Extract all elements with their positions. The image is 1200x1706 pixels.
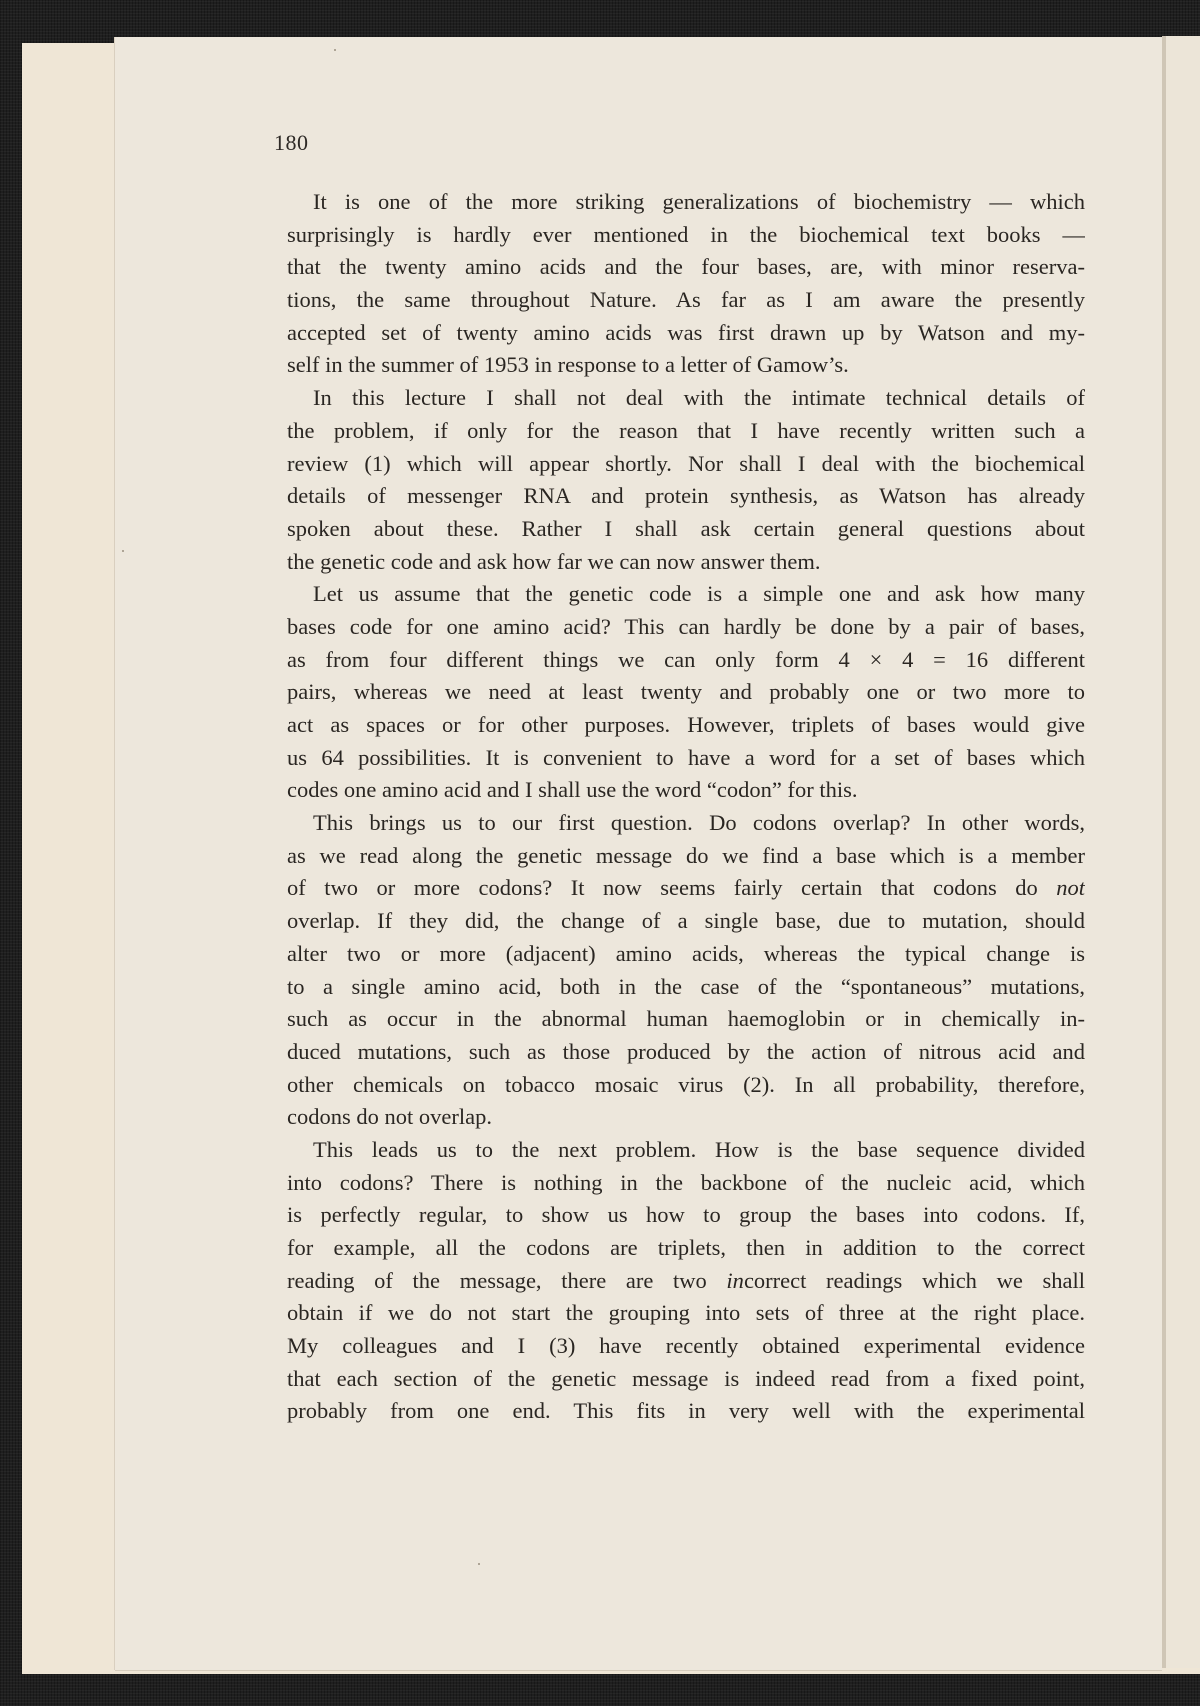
text-segment: of two or more codons? It now seems fair…	[287, 875, 1038, 900]
text-line: pairs, whereas we need at least twenty a…	[287, 676, 1085, 709]
text-line: spoken about these. Rather I shall ask c…	[287, 513, 1085, 546]
text-line: obtain if we do not start the grouping i…	[287, 1297, 1085, 1330]
text-line: details of messenger RNA and protein syn…	[287, 480, 1085, 513]
text-line: to a single amino acid, both in the case…	[287, 971, 1085, 1004]
paper-speck	[478, 1563, 480, 1565]
text-line: Let us assume that the genetic code is a…	[287, 578, 1085, 611]
paper-speck	[122, 550, 124, 552]
text-line: is perfectly regular, to show us how to …	[287, 1199, 1085, 1232]
text-line: the genetic code and ask how far we can …	[287, 546, 1085, 579]
text-line: My colleagues and I (3) have recently ob…	[287, 1330, 1085, 1363]
text-line: as from four different things we can onl…	[287, 644, 1085, 677]
text-line: the problem, if only for the reason that…	[287, 415, 1085, 448]
page-number: 180	[274, 130, 309, 156]
text-line: that the twenty amino acids and the four…	[287, 251, 1085, 284]
text-line: tions, the same throughout Nature. As fa…	[287, 284, 1085, 317]
text-line: codes one amino acid and I shall use the…	[287, 774, 1085, 807]
text-line: other chemicals on tobacco mosaic virus …	[287, 1069, 1085, 1102]
text-segment: reading of the message, there are two	[287, 1268, 726, 1293]
text-line: surprisingly is hardly ever mentioned in…	[287, 219, 1085, 252]
text-line: self in the summer of 1953 in response t…	[287, 349, 1085, 382]
text-line: It is one of the more striking generaliz…	[287, 186, 1085, 219]
paragraph-5: This leads us to the next problem. How i…	[287, 1134, 1085, 1428]
paragraph-3: Let us assume that the genetic code is a…	[287, 578, 1085, 807]
text-line: reading of the message, there are two in…	[287, 1265, 1085, 1298]
text-line: for example, all the codons are triplets…	[287, 1232, 1085, 1265]
paragraph-4: This brings us to our first question. Do…	[287, 807, 1085, 1134]
text-line: into codons? There is nothing in the bac…	[287, 1167, 1085, 1200]
text-line: alter two or more (adjacent) amino acids…	[287, 938, 1085, 971]
italic-emphasis: in	[726, 1268, 744, 1293]
text-line: that each section of the genetic message…	[287, 1363, 1085, 1396]
text-line: In this lecture I shall not deal with th…	[287, 382, 1085, 415]
text-line: This leads us to the next problem. How i…	[287, 1134, 1085, 1167]
text-segment: correct readings which we shall	[744, 1268, 1085, 1293]
text-line: bases code for one amino acid? This can …	[287, 611, 1085, 644]
text-line: act as spaces or for other purposes. How…	[287, 709, 1085, 742]
text-line: overlap. If they did, the change of a si…	[287, 905, 1085, 938]
text-line: This brings us to our first question. Do…	[287, 807, 1085, 840]
text-line: such as occur in the abnormal human haem…	[287, 1003, 1085, 1036]
text-line: us 64 possibilities. It is convenient to…	[287, 742, 1085, 775]
text-line: duced mutations, such as those produced …	[287, 1036, 1085, 1069]
text-line: as we read along the genetic message do …	[287, 840, 1085, 873]
italic-emphasis: not	[1056, 875, 1085, 900]
paragraph-1: It is one of the more striking generaliz…	[287, 186, 1085, 382]
next-page-edge	[1162, 36, 1200, 1668]
text-line: review (1) which will appear shortly. No…	[287, 448, 1085, 481]
paper-speck	[334, 49, 336, 51]
text-line: accepted set of twenty amino acids was f…	[287, 317, 1085, 350]
text-line: codons do not overlap.	[287, 1101, 1085, 1134]
paragraph-2: In this lecture I shall not deal with th…	[287, 382, 1085, 578]
body-text: It is one of the more striking generaliz…	[287, 186, 1085, 1428]
text-line: probably from one end. This fits in very…	[287, 1395, 1085, 1428]
text-line: of two or more codons? It now seems fair…	[287, 872, 1085, 905]
